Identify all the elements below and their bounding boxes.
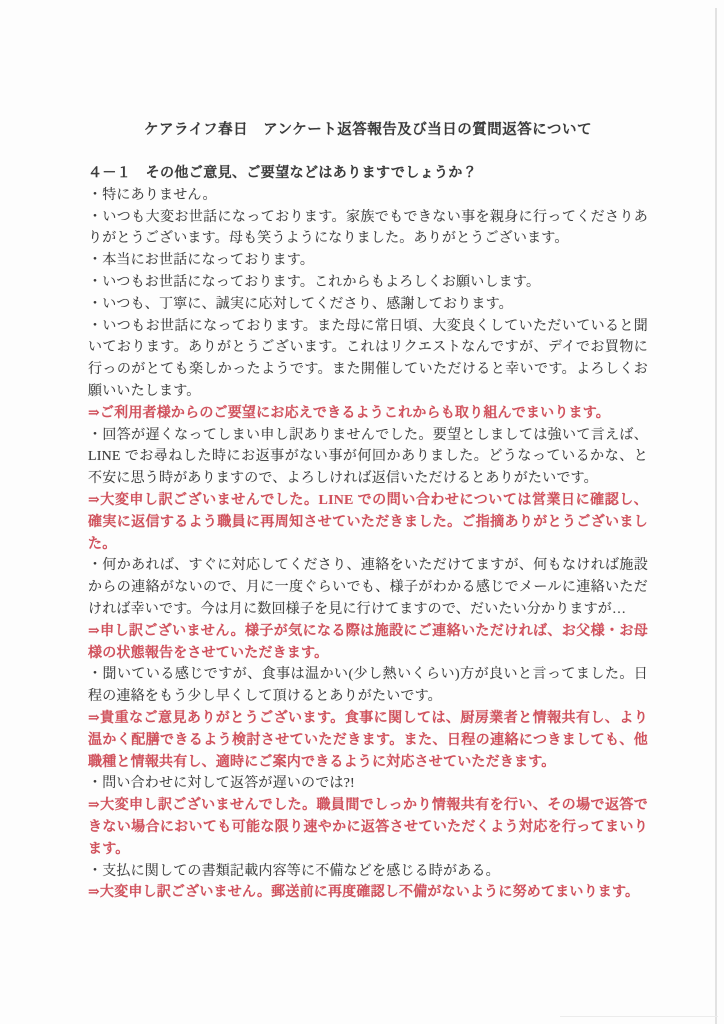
facility-reply-text: ⇒貴重なご意見ありがとうございます。食事に関しては、厨房業者と情報共有し、より温… [88,708,648,773]
document-body: ケアライフ春日 アンケート返答報告及び当日の質問返答について ４－１ その他ご意… [88,119,648,904]
scanned-document-page: ケアライフ春日 アンケート返答報告及び当日の質問返答について ４－１ その他ご意… [0,0,724,1024]
respondent-comment-text: ・いつもお世話になっております。これからもよろしくお願いします。 [88,272,648,294]
question-heading: ４－１ その他ご意見、ご要望などはありますでしょうか？ [88,163,648,185]
respondent-comment-text: ・いつもお世話になっております。また母に常日頃、大変良くしていただいていると聞い… [88,316,648,403]
survey-entries: ・特にありません。・いつも大変お世話になっております。家族でもできない事を親身に… [88,185,648,904]
scan-edge-line-bottom [560,1016,718,1017]
respondent-comment-text: ・本当にお世話になっております。 [88,250,648,272]
facility-reply-text: ⇒大変申し訳ございませんでした。LINE での問い合わせについては営業日に確認し… [88,490,648,555]
respondent-comment-text: ・いつも、丁寧に、誠実に応対してくださり、感謝しております。 [88,294,648,316]
respondent-comment-text: ・特にありません。 [88,185,648,207]
respondent-comment-text: ・問い合わせに対して返答が遅いのでは?! [88,773,648,795]
respondent-comment-text: ・何かあれば、すぐに対応してくださり、連絡をいただけてますが、何もなければ施設か… [88,555,648,620]
facility-reply-text: ⇒申し訳ございません。様子が気になる際は施設にご連絡いただければ、お父様・お母様… [88,621,648,665]
facility-reply-text: ⇒ご利用者様からのご要望にお応えできるようこれからも取り組んでまいります。 [88,403,648,425]
facility-reply-text: ⇒大変申し訳ございませんでした。職員間でしっかり情報共有を行い、その場で返答でき… [88,795,648,860]
respondent-comment-text: ・聞いている感じですが、食事は温かい(少し熱いくらい)方が良いと言ってました。日… [88,664,648,708]
respondent-comment-text: ・いつも大変お世話になっております。家族でもできない事を親身に行ってくださりあり… [88,207,648,251]
respondent-comment-text: ・回答が遅くなってしまい申し訳ありませんでした。要望としましては強いて言えば、L… [88,425,648,490]
facility-reply-text: ⇒大変申し訳ございません。郵送前に再度確認し不備がないように努めてまいります。 [88,882,648,904]
scan-edge-line [715,8,717,1024]
respondent-comment-text: ・支払に関しての書類記載内容等に不備などを感じる時がある。 [88,861,648,883]
document-title: ケアライフ春日 アンケート返答報告及び当日の質問返答について [88,119,648,141]
